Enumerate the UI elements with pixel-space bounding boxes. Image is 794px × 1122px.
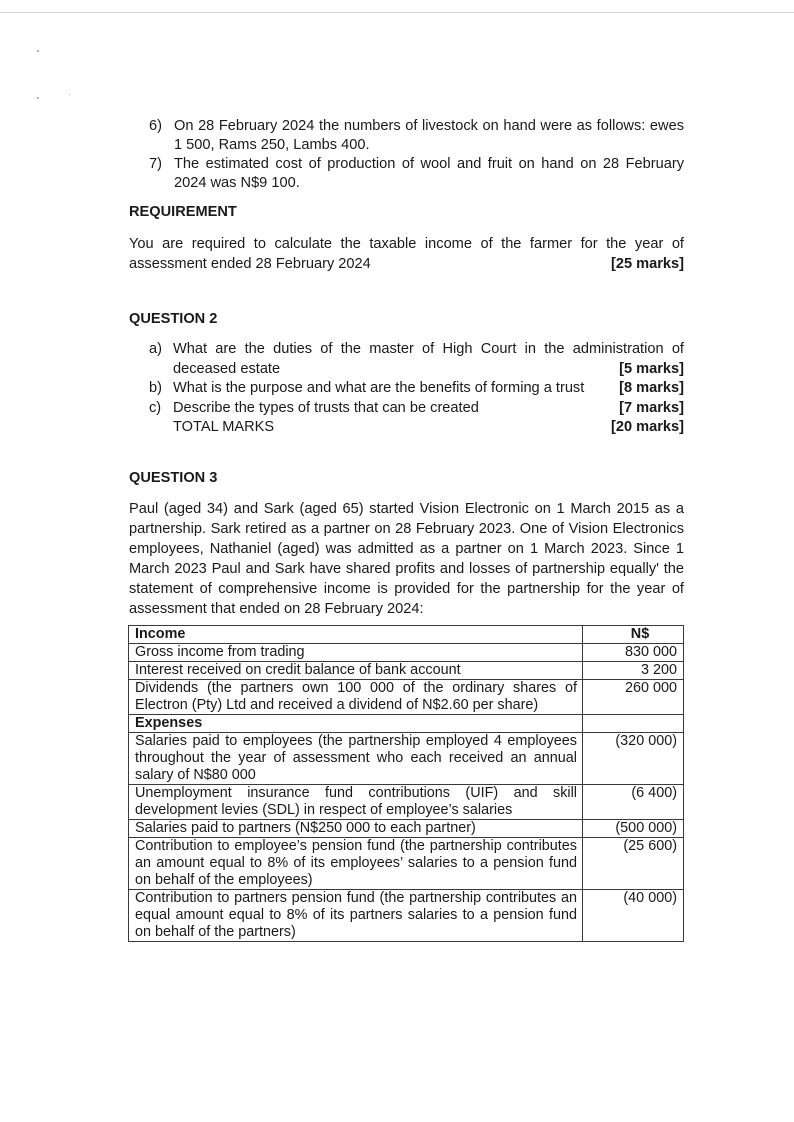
- question2-item-c: c) Describe the types of trusts that can…: [149, 399, 684, 419]
- requirement-text: You are required to calculate the taxabl…: [129, 236, 684, 272]
- row-amount: (500 000): [583, 820, 684, 838]
- table-row: Salaries paid to partners (N$250 000 to …: [129, 820, 684, 838]
- row-amount: 830 000: [583, 644, 684, 662]
- row-description: Contribution to employee’s pension fund …: [129, 838, 583, 890]
- row-amount: 260 000: [583, 680, 684, 715]
- row-amount: 3 200: [583, 662, 684, 680]
- table-row: Salaries paid to employees (the partners…: [129, 733, 684, 785]
- scan-speck: [37, 50, 39, 52]
- list-item-text: The estimated cost of production of wool…: [174, 155, 684, 193]
- question2-heading: QUESTION 2: [129, 311, 217, 327]
- list-item-number: 7): [149, 155, 162, 174]
- row-description: Salaries paid to partners (N$250 000 to …: [129, 820, 583, 838]
- header-currency: N$: [583, 626, 684, 644]
- question2-list: a) What are the duties of the master of …: [149, 340, 684, 438]
- table-row: Expenses: [129, 715, 684, 733]
- item-letter: a): [149, 340, 162, 360]
- question3-intro: Paul (aged 34) and Sark (aged 65) starte…: [129, 499, 684, 619]
- question2-item-a: a) What are the duties of the master of …: [149, 340, 684, 379]
- list-item: 7) The estimated cost of production of w…: [149, 155, 684, 193]
- row-description: Salaries paid to employees (the partners…: [129, 733, 583, 785]
- row-description: Gross income from trading: [129, 644, 583, 662]
- item-text: What is the purpose and what are the ben…: [173, 379, 584, 399]
- total-marks: [20 marks]: [611, 418, 684, 438]
- header-income: Income: [129, 626, 583, 644]
- page-top-edge: [0, 12, 794, 13]
- table-header-row: Income N$: [129, 626, 684, 644]
- row-amount: (320 000): [583, 733, 684, 785]
- table-row: Unemployment insurance fund contribution…: [129, 785, 684, 820]
- item-text: Describe the types of trusts that can be…: [173, 399, 479, 419]
- row-description: Expenses: [129, 715, 583, 733]
- scan-speck: [37, 97, 39, 99]
- row-amount: (25 600): [583, 838, 684, 890]
- requirement-heading: REQUIREMENT: [129, 204, 237, 220]
- requirement-paragraph: You are required to calculate the taxabl…: [129, 234, 684, 274]
- list-item: 6) On 28 February 2024 the numbers of li…: [149, 117, 684, 155]
- row-description: Dividends (the partners own 100 000 of t…: [129, 680, 583, 715]
- list-item-number: 6): [149, 117, 162, 136]
- item-body: What are the duties of the master of Hig…: [173, 340, 684, 379]
- table-row: Gross income from trading830 000: [129, 644, 684, 662]
- question2-total: TOTAL MARKS [20 marks]: [149, 418, 684, 438]
- total-label: TOTAL MARKS: [173, 418, 274, 438]
- table-row: Interest received on credit balance of b…: [129, 662, 684, 680]
- item-marks: [8 marks]: [619, 379, 684, 399]
- question2-item-b: b) What is the purpose and what are the …: [149, 379, 684, 399]
- item-marks: [5 marks]: [619, 360, 684, 380]
- row-amount: [583, 715, 684, 733]
- row-description: Unemployment insurance fund contribution…: [129, 785, 583, 820]
- scan-speck: [69, 94, 70, 95]
- table-row: Contribution to partners pension fund (t…: [129, 890, 684, 942]
- item-marks: [7 marks]: [619, 399, 684, 419]
- table-row: Dividends (the partners own 100 000 of t…: [129, 680, 684, 715]
- row-amount: (40 000): [583, 890, 684, 942]
- item-letter: b): [149, 379, 162, 399]
- item-letter: c): [149, 399, 161, 419]
- income-statement-table: Income N$ Gross income from trading830 0…: [128, 625, 684, 942]
- row-description: Contribution to partners pension fund (t…: [129, 890, 583, 942]
- requirement-marks: [25 marks]: [611, 254, 684, 274]
- row-amount: (6 400): [583, 785, 684, 820]
- livestock-list: 6) On 28 February 2024 the numbers of li…: [149, 117, 684, 193]
- row-description: Interest received on credit balance of b…: [129, 662, 583, 680]
- item-text: What are the duties of the master of Hig…: [173, 341, 684, 377]
- table-row: Contribution to employee’s pension fund …: [129, 838, 684, 890]
- list-item-text: On 28 February 2024 the numbers of lives…: [174, 117, 684, 155]
- question3-heading: QUESTION 3: [129, 470, 217, 486]
